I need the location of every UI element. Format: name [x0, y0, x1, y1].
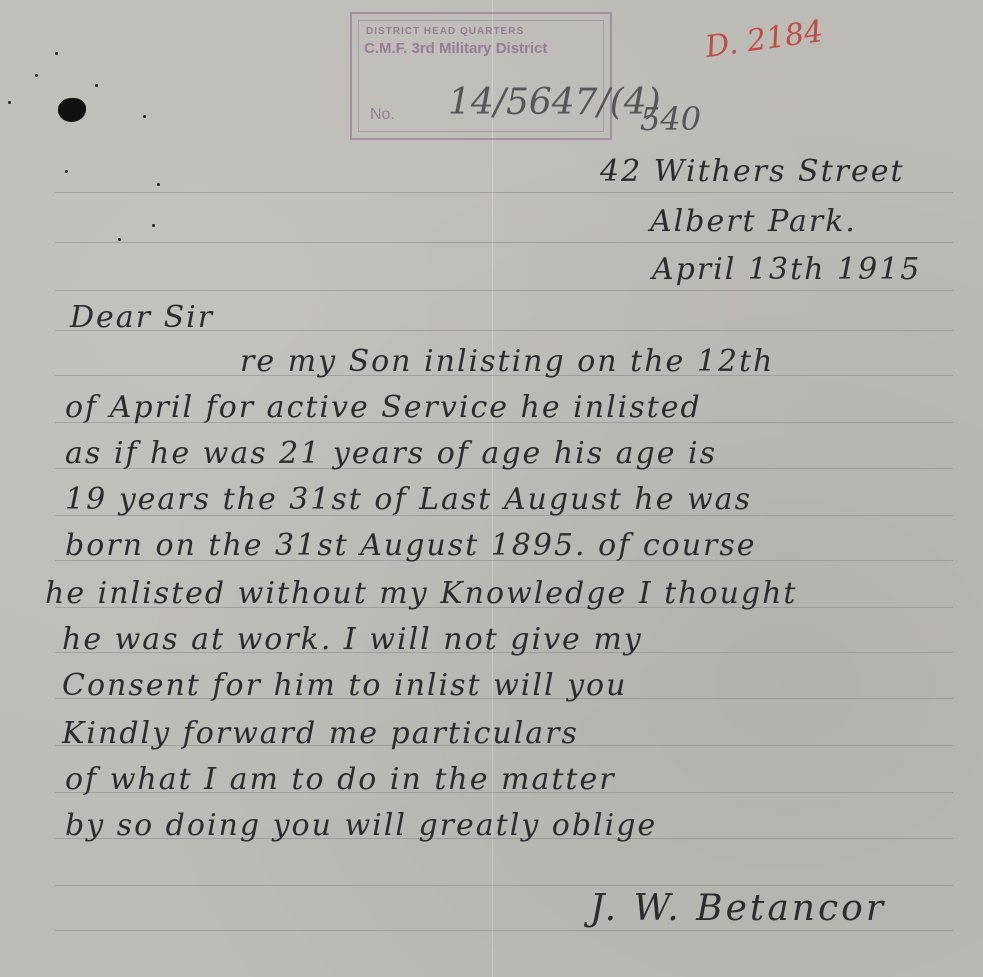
speck: [95, 84, 98, 87]
body-line: born on the 31st August 1895. of course: [65, 528, 757, 563]
stamp-no-label: No.: [370, 106, 395, 124]
speck: [55, 52, 58, 55]
body-line: of what I am to do in the matter: [65, 762, 616, 797]
speck: [8, 101, 11, 104]
body-line: as if he was 21 years of age his age is: [65, 436, 717, 471]
red-annotation: D. 2184: [703, 14, 825, 65]
stamp-heading: DISTRICT HEAD QUARTERS: [366, 26, 524, 37]
registry-number: 14/5647/(4): [448, 82, 661, 123]
signature: J. W. Betancor: [590, 888, 886, 929]
ruled-line: [55, 242, 953, 243]
punch-hole: [58, 98, 86, 122]
ruled-line: [55, 885, 953, 886]
ruled-line: [55, 930, 953, 931]
speck: [157, 183, 160, 186]
ruled-line: [55, 290, 953, 291]
salutation: Dear Sir: [70, 300, 214, 335]
letter-page: DISTRICT HEAD QUARTERS C.M.F. 3rd Milita…: [0, 0, 983, 977]
body-line: he was at work. I will not give my: [62, 622, 643, 657]
body-line: 19 years the 31st of Last August he was: [65, 482, 752, 517]
letter-date: April 13th 1915: [652, 252, 921, 287]
body-line: of April for active Service he inlisted: [65, 390, 702, 425]
speck: [152, 224, 155, 227]
body-line: Consent for him to inlist will you: [62, 668, 627, 703]
registry-sub-number: 540: [640, 100, 701, 138]
speck: [143, 115, 146, 118]
address-street: 42 Withers Street: [600, 154, 905, 189]
speck: [35, 74, 38, 77]
body-line: Kindly forward me particulars: [62, 716, 579, 751]
address-suburb: Albert Park.: [650, 204, 857, 239]
ruled-line: [55, 192, 953, 193]
body-line: he inlisted without my Knowledge I thoug…: [45, 576, 797, 611]
stamp-district: C.M.F. 3rd Military District: [364, 40, 547, 57]
speck: [118, 238, 121, 241]
body-line: re my Son inlisting on the 12th: [240, 344, 774, 379]
speck: [65, 170, 68, 173]
body-line: by so doing you will greatly oblige: [65, 808, 657, 843]
